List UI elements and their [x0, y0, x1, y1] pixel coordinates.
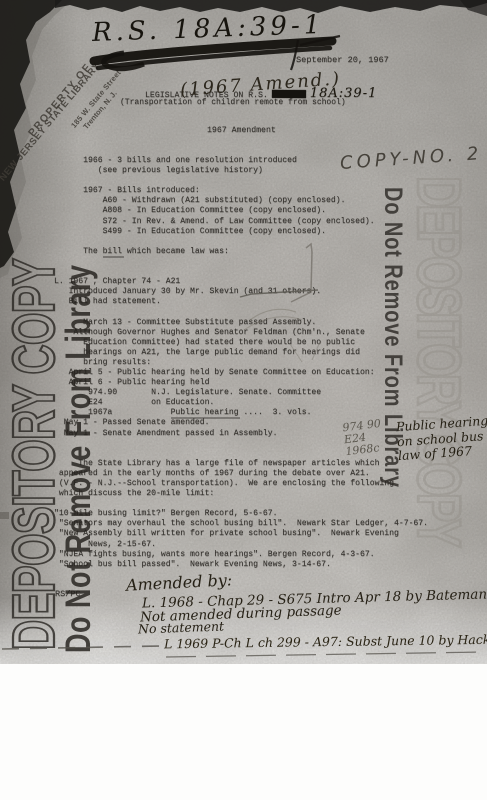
- typed-body-text: 1966 - 3 bills and one resolution introd…: [54, 156, 428, 570]
- document-date: September 20, 1967: [296, 55, 389, 65]
- document-subtitle: (Transportation of children remote from …: [120, 98, 346, 107]
- pencil-catalog-number: 974 90 E24 1968c: [342, 418, 385, 458]
- typist-initials: RS/PC: [55, 589, 81, 599]
- handwritten-amendment-line-3: No statement: [138, 619, 225, 637]
- scanned-document-page: DEPOSITORY COPY September 20, 1967 LEGIS…: [0, 0, 487, 800]
- amendment-heading: 1967 Amendment: [207, 126, 276, 135]
- handwritten-hearing-note: Public hearing on school bus law of 1967: [396, 414, 487, 464]
